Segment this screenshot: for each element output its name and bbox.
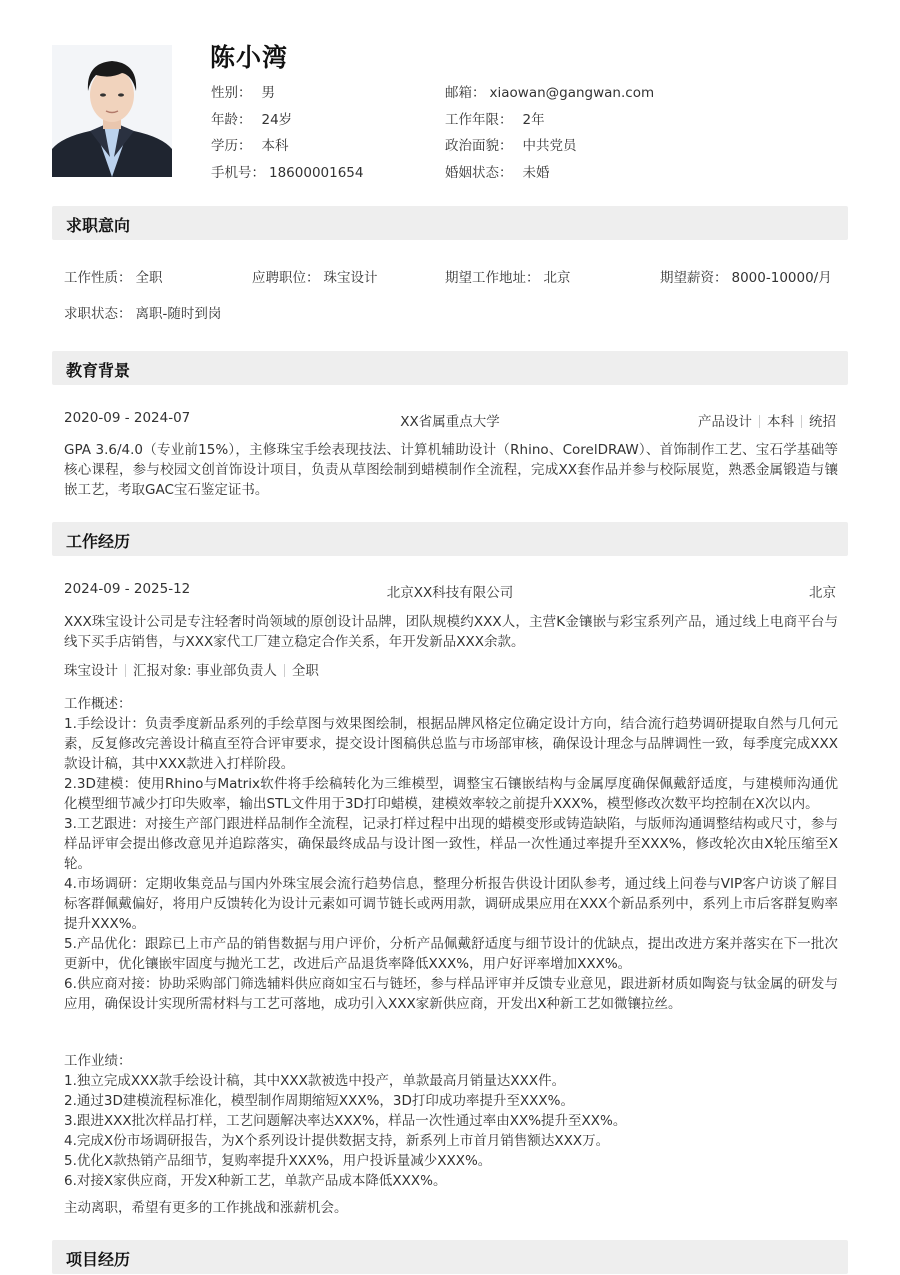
overview-item: 1.手绘设计：负责季度新品系列的手绘草图与效果图绘制，根据品牌风格定位确定设计方…	[64, 714, 838, 774]
work-tag-type: 全职	[292, 663, 319, 679]
education-type: 统招	[809, 414, 836, 430]
section-header-intent: 求职意向	[52, 206, 848, 240]
work-header-row: 2024-09 - 2025-12 北京XX科技有限公司 北京	[64, 581, 836, 601]
overview-item: 2.3D建模：使用Rhino与Matrix软件将手绘稿转化为三维模型，调整宝石镶…	[64, 774, 838, 814]
achievement-item: 3.跟进XXX批次样品打样，工艺问题解决率达XXX%，样品一次性通过率由XX%提…	[64, 1111, 838, 1131]
section-title: 教育背景	[66, 358, 130, 381]
work-overview-title: 工作概述：	[64, 694, 838, 714]
section-header-education: 教育背景	[52, 351, 848, 385]
work-achievements-title: 工作业绩：	[64, 1051, 838, 1071]
overview-item: 4.市场调研：定期收集竞品与国内外珠宝展会流行趋势信息，整理分析报告供设计团队参…	[64, 874, 838, 934]
education-meta: 产品设计本科统招	[698, 410, 836, 430]
intent-position: 应聘职位：珠宝设计	[252, 266, 378, 286]
education-period: 2020-09 - 2024-07	[64, 410, 190, 430]
candidate-name: 陈小湾	[210, 38, 288, 74]
divider	[284, 664, 285, 677]
education-header-row: 2020-09 - 2024-07 XX省属重点大学 产品设计本科统招	[64, 410, 836, 430]
info-political-status: 政治面貌：中共党员	[445, 133, 654, 160]
divider	[801, 415, 802, 428]
section-header-project: 项目经历	[52, 1240, 848, 1274]
section-header-work: 工作经历	[52, 522, 848, 556]
intent-status: 求职状态：离职-随时到岗	[64, 302, 221, 322]
achievement-item: 6.对接X家供应商，开发X种新工艺，单款产品成本降低XXX%。	[64, 1171, 838, 1191]
work-tags: 珠宝设计汇报对象: 事业部负责人全职	[64, 659, 319, 679]
overview-item: 3.工艺跟进：对接生产部门跟进样品制作全流程，记录打样过程中出现的蜡模变形或铸造…	[64, 814, 838, 874]
education-major: 产品设计	[698, 414, 752, 430]
info-age: 年龄：24岁	[211, 107, 363, 134]
education-description: GPA 3.6/4.0（专业前15%），主修珠宝手绘表现技法、计算机辅助设计（R…	[64, 440, 838, 500]
section-title: 项目经历	[66, 1247, 130, 1270]
work-tag-report-to: 汇报对象: 事业部负责人	[133, 663, 277, 679]
leave-reason: 主动离职，希望有更多的工作挑战和涨薪机会。	[64, 1198, 838, 1218]
work-achievements: 工作业绩： 1.独立完成XXX款手绘设计稿，其中XXX款被选中投产，单款最高月销…	[64, 1051, 838, 1191]
intent-salary: 期望薪资：8000-10000/月	[660, 266, 832, 286]
overview-item: 5.产品优化：跟踪已上市产品的销售数据与用户评价，分析产品佩戴舒适度与细节设计的…	[64, 934, 838, 974]
achievement-item: 1.独立完成XXX款手绘设计稿，其中XXX款被选中投产，单款最高月销量达XXX件…	[64, 1071, 838, 1091]
info-gender: 性别：男	[211, 80, 363, 107]
info-phone: 手机号：18600001654	[211, 160, 363, 187]
work-period: 2024-09 - 2025-12	[64, 581, 190, 601]
education-degree: 本科	[767, 414, 794, 430]
divider	[125, 664, 126, 677]
work-tag-role: 珠宝设计	[64, 663, 118, 679]
basic-info-left: 性别：男 年龄：24岁 学历：本科 手机号：18600001654	[211, 80, 363, 186]
profile-photo	[52, 45, 172, 177]
divider	[759, 415, 760, 428]
basic-info-right: 邮箱：xiaowan@gangwan.com 工作年限：2年 政治面貌：中共党员…	[445, 80, 654, 186]
achievement-item: 2.通过3D建模流程标准化，模型制作周期缩短XXX%，3D打印成功率提升至XXX…	[64, 1091, 838, 1111]
overview-item: 6.供应商对接：协助采购部门筛选辅料供应商如宝石与链坯，参与样品评审并反馈专业意…	[64, 974, 838, 1014]
info-education: 学历：本科	[211, 133, 363, 160]
info-work-years: 工作年限：2年	[445, 107, 654, 134]
person-portrait-icon	[52, 45, 172, 177]
section-title: 工作经历	[66, 529, 130, 552]
intent-location: 期望工作地址：北京	[445, 266, 571, 286]
intent-job-type: 工作性质：全职	[64, 266, 163, 286]
info-marital-status: 婚姻状态：未婚	[445, 160, 654, 187]
section-title: 求职意向	[66, 213, 130, 236]
achievement-item: 5.优化X款热销产品细节，复购率提升XXX%，用户投诉量减少XXX%。	[64, 1151, 838, 1171]
work-city: 北京	[809, 581, 836, 601]
work-overview: 工作概述： 1.手绘设计：负责季度新品系列的手绘草图与效果图绘制，根据品牌风格定…	[64, 694, 838, 1014]
company-intro: XXX珠宝设计公司是专注轻奢时尚领域的原创设计品牌，团队规模约XXX人，主营K金…	[64, 612, 838, 652]
achievement-item: 4.完成X份市场调研报告，为X个系列设计提供数据支持，新系列上市首月销售额达XX…	[64, 1131, 838, 1151]
info-email: 邮箱：xiaowan@gangwan.com	[445, 80, 654, 107]
